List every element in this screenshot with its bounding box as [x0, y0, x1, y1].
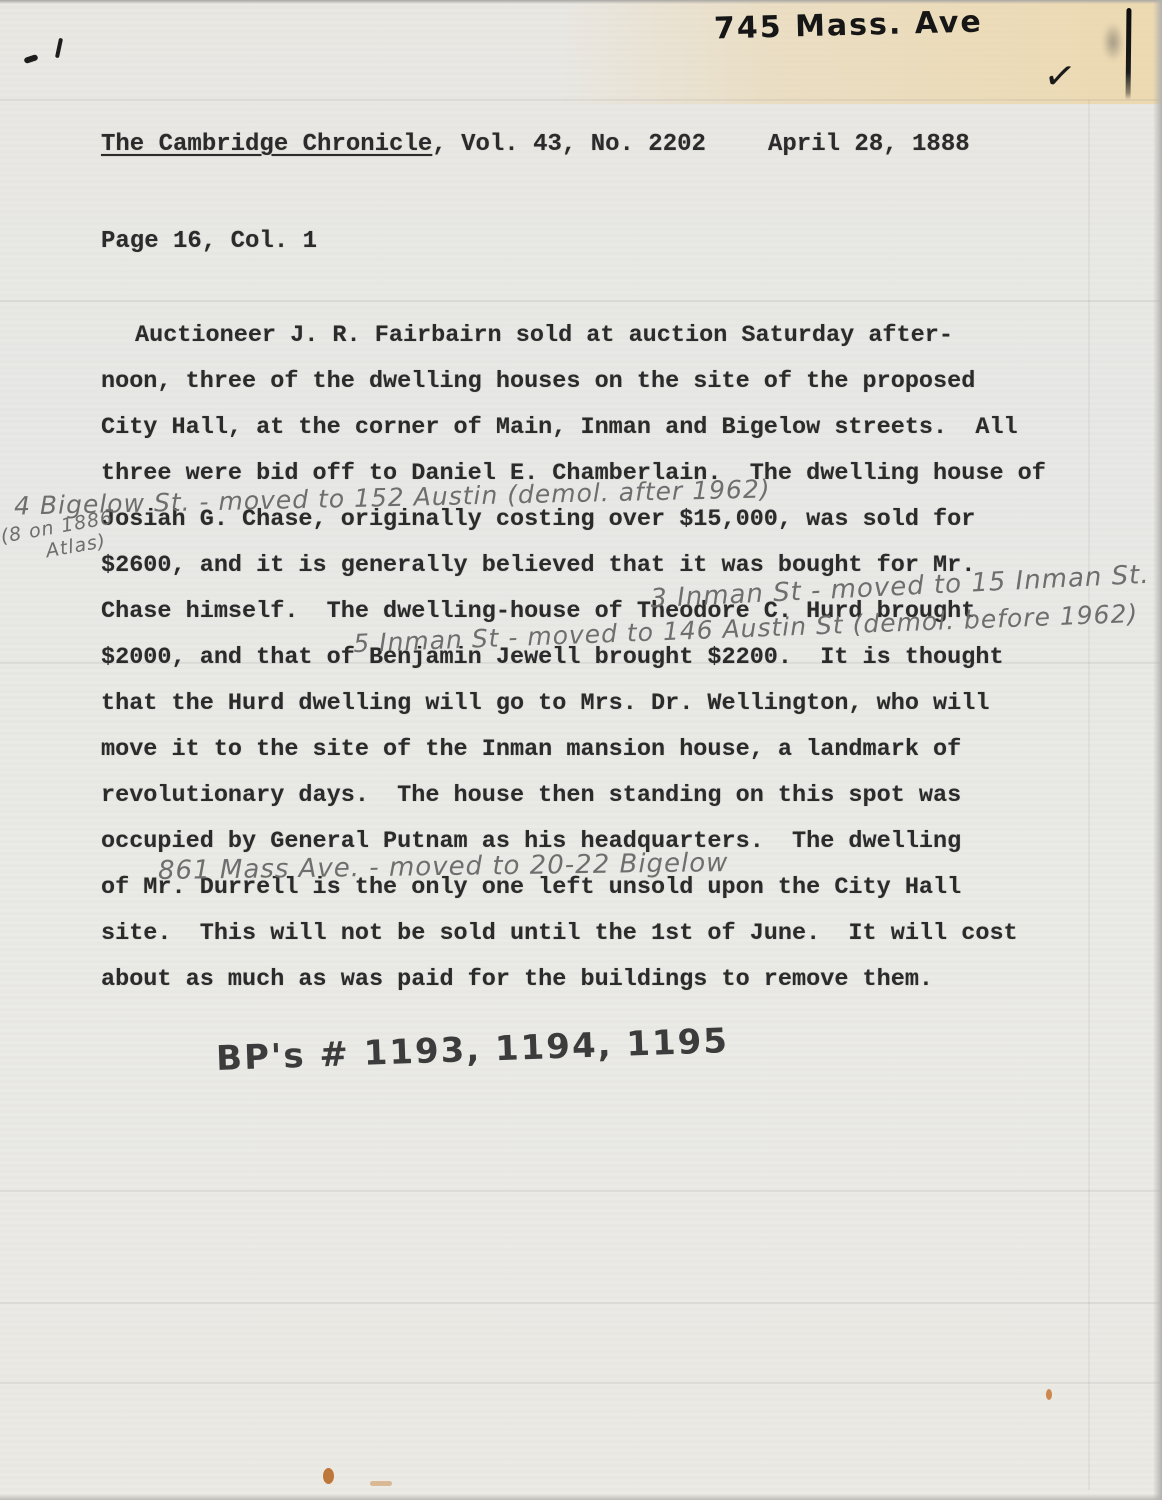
ink-mark: [23, 54, 38, 64]
scanned-document-page: 745 Mass. Ave ✓ The Cambridge Chronicle,…: [0, 0, 1162, 1500]
typed-line: revolutionary days. The house then stand…: [101, 782, 1046, 828]
typed-line: noon, three of the dwelling houses on th…: [101, 368, 1046, 414]
foxing-spot: [370, 1481, 392, 1486]
issue-date: April 28, 1888: [768, 131, 970, 158]
page-edge-top: [0, 0, 1162, 4]
scan-band-line: [0, 300, 1162, 302]
ink-smudge: [1099, 16, 1127, 68]
checkmark-annotation: ✓: [1041, 52, 1080, 100]
foxing-spot: [1046, 1389, 1052, 1400]
foxing-spot: [323, 1468, 334, 1484]
typed-line: that the Hurd dwelling will go to Mrs. D…: [101, 690, 1046, 736]
document-header: The Cambridge Chronicle, Vol. 43, No. 22…: [101, 131, 706, 158]
typed-line: move it to the site of the Inman mansion…: [101, 736, 1046, 782]
scan-band-line: [0, 1190, 1162, 1192]
ink-stroke-vertical: [1126, 8, 1132, 100]
scan-band-line: [0, 99, 1162, 101]
page-edge-bottom: [0, 1494, 1162, 1500]
scan-vertical-streak: [1088, 100, 1090, 1490]
annotation-building-permit-numbers: BP's # 1193, 1194, 1195: [215, 1021, 729, 1079]
typed-line: about as much as was paid for the buildi…: [101, 966, 1046, 1012]
typed-line: $2000, and that of Benjamin Jewell broug…: [101, 644, 1046, 690]
typed-line: Auctioneer J. R. Fairbairn sold at aucti…: [101, 322, 1046, 368]
typed-line: City Hall, at the corner of Main, Inman …: [101, 414, 1046, 460]
scan-band-line: [0, 1302, 1162, 1304]
masthead-title: The Cambridge Chronicle: [101, 131, 432, 158]
issue-info: , Vol. 43, No. 2202: [432, 131, 706, 158]
page-column-reference: Page 16, Col. 1: [101, 228, 317, 255]
article-body: Auctioneer J. R. Fairbairn sold at aucti…: [101, 322, 1046, 1012]
ink-mark: [55, 38, 63, 58]
scan-band-line: [0, 1382, 1162, 1384]
typed-line: site. This will not be sold until the 1s…: [101, 920, 1046, 966]
page-edge-right: [1153, 0, 1162, 1500]
annotation-745-mass-ave: 745 Mass. Ave: [714, 4, 984, 46]
